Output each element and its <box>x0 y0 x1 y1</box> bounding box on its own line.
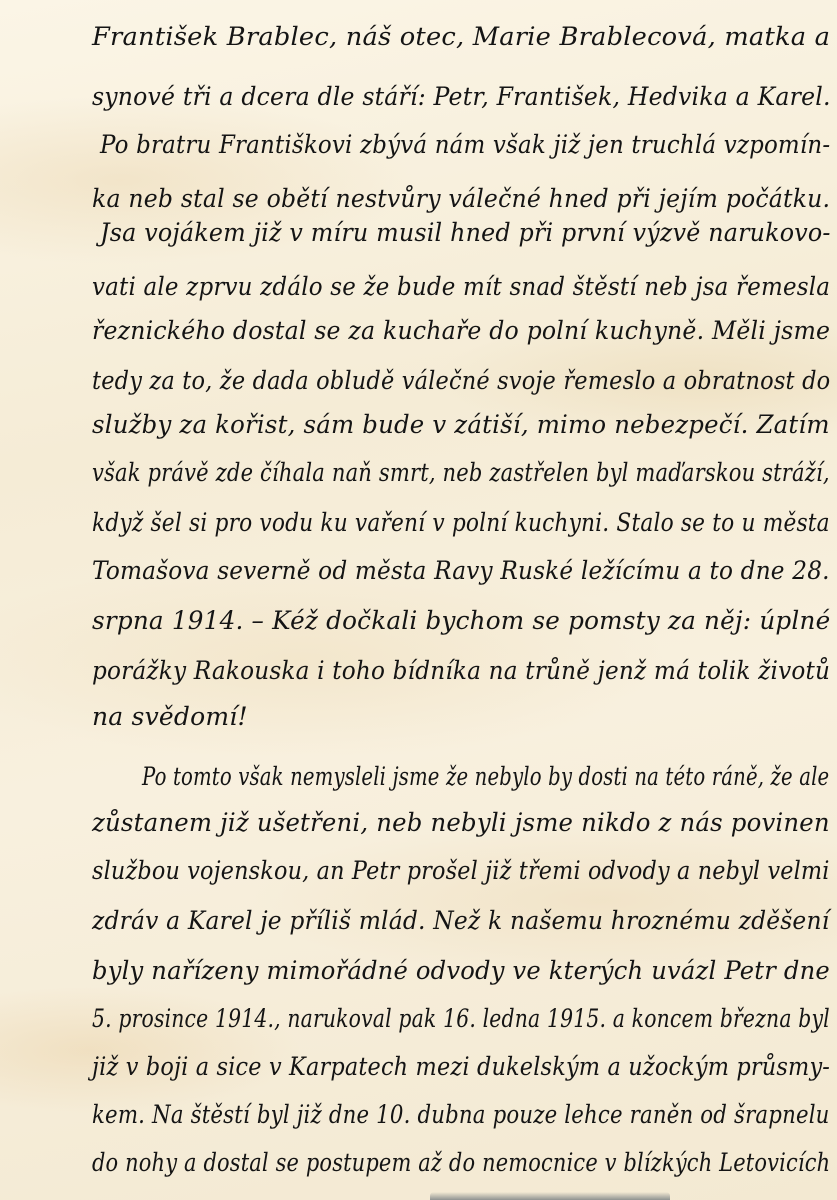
manuscript-page: František Brablec, náš otec, Marie Brabl… <box>0 0 837 1200</box>
text-line-5: Jsa vojákem již v míru musil hned při pr… <box>100 218 831 247</box>
text-line-11: když šel si pro vodu ku vaření v polní k… <box>92 508 830 537</box>
text-line-2: synové tři a dcera dle stáří: Petr, Fran… <box>92 82 831 111</box>
text-line-12: Tomašova severně od města Ravy Ruské lež… <box>92 556 830 585</box>
text-line-10: však právě zde číhala naň smrt, neb zast… <box>92 458 830 487</box>
text-line-24: do nohy a dostal se postupem až do nemoc… <box>92 1148 830 1177</box>
text-line-19: zdráv a Karel je příliš mlád. Než k naše… <box>92 906 829 935</box>
text-line-20: byly nařízeny mimořádné odvody ve kterýc… <box>92 956 830 985</box>
text-line-23: kem. Na štěstí byl již dne 10. dubna pou… <box>92 1100 830 1129</box>
text-line-17: zůstanem již ušetřeni, neb nebyli jsme n… <box>92 808 830 837</box>
text-line-8: tedy za to, že dada obludě válečné svoje… <box>92 366 830 395</box>
text-line-14: porážky Rakouska i toho bídníka na trůně… <box>92 656 830 685</box>
text-line-3: Po bratru Františkovi zbývá nám však již… <box>100 130 830 159</box>
text-line-7: řeznického dostal se za kuchaře do polní… <box>92 316 830 345</box>
text-line-21: 5. prosince 1914., narukoval pak 16. led… <box>92 1004 830 1033</box>
text-line-9: služby za kořist, sám bude v zátiší, mim… <box>92 410 830 439</box>
text-line-6: vati ale zprvu zdálo se že bude mít snad… <box>92 272 830 301</box>
text-line-18: službou vojenskou, an Petr prošel již tř… <box>92 856 830 885</box>
text-line-16-paragraph-start: Po tomto však nemysleli jsme že nebylo b… <box>142 762 829 791</box>
text-line-15: na svědomí! <box>92 702 248 731</box>
text-line-13: srpna 1914. – Kéž dočkali bychom se poms… <box>92 606 830 635</box>
text-line-4: ka neb stal se obětí nestvůry válečné hn… <box>92 184 830 213</box>
text-line-22: již v boji a sice v Karpatech mezi dukel… <box>92 1052 830 1081</box>
text-line-1: František Brablec, náš otec, Marie Brabl… <box>92 22 830 51</box>
page-edge-shadow <box>430 1192 670 1200</box>
